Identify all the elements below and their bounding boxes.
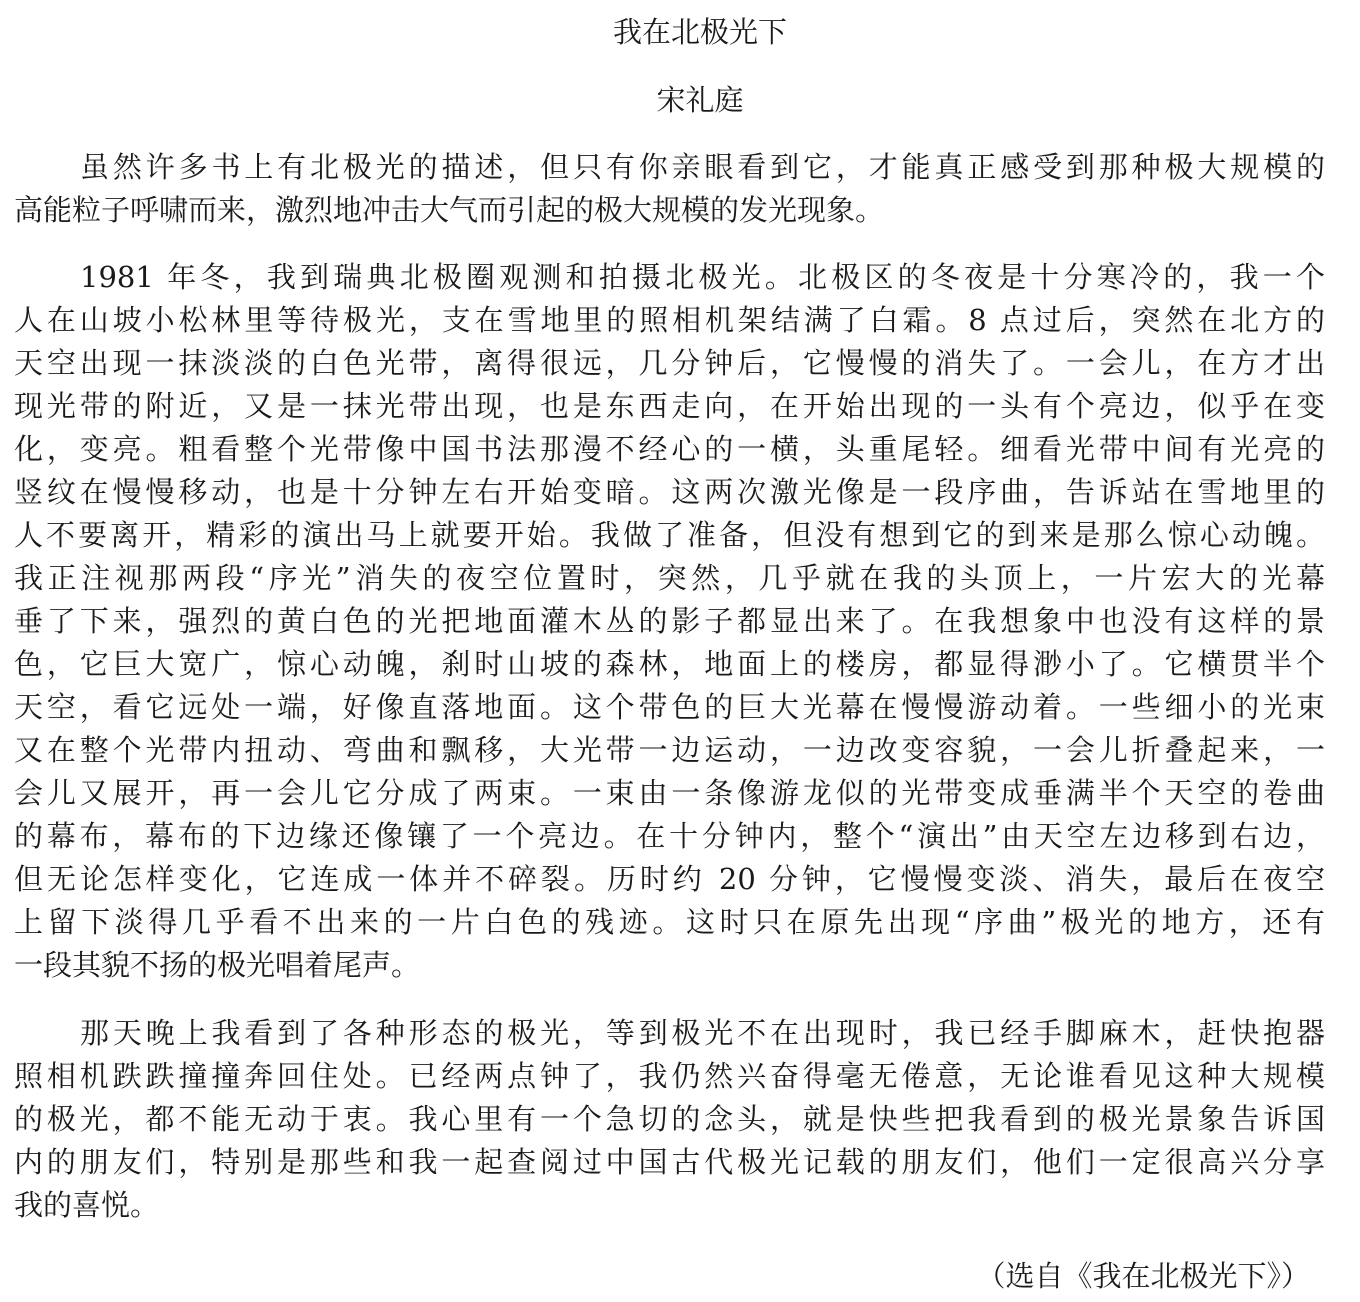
paragraph-line: 上留下淡得几乎看不出来的一片白色的残迹。这时只在原先出现“序曲”极光的地方，还有: [14, 901, 1325, 944]
paragraph-line: 高能粒子呼啸而来，激烈地冲击大气而引起的极大规模的发光现象。: [14, 189, 1325, 232]
paragraph-line: 照相机跌跌撞撞奔回住处。已经两点钟了，我仍然兴奋得毫无倦意，无论谁看见这种大规模: [14, 1055, 1325, 1098]
paragraph-line: 的幕布，幕布的下边缘还像镶了一个亮边。在十分钟内，整个“演出”由天空左边移到右边…: [14, 815, 1325, 858]
paragraph-2: 1981 年冬，我到瑞典北极圈观测和拍摄北极光。北极区的冬夜是十分寒冷的，我一个…: [14, 256, 1334, 987]
paragraph-line: 那天晚上我看到了各种形态的极光，等到极光不在出现时，我已经手脚麻木，赶快抱器: [14, 1012, 1325, 1055]
paragraph-line: 的极光，都不能无动于衷。我心里有一个急切的念头，就是快些把我看到的极光景象告诉国: [14, 1098, 1325, 1141]
paragraph-line: 我正注视那两段“序光”消失的夜空位置时，突然，几乎就在我的头顶上，一片宏大的光幕: [14, 557, 1325, 600]
document-author: 宋礼庭: [0, 80, 1360, 120]
document-page: 我在北极光下 宋礼庭 虽然许多书上有北极光的描述，但只有你亲眼看到它，才能真正感…: [0, 0, 1360, 1302]
paragraph-line: 一段其貌不扬的极光唱着尾声。: [14, 944, 1325, 987]
paragraph-line: 化，变亮。粗看整个光带像中国书法那漫不经心的一横，头重尾轻。细看光带中间有光亮的: [14, 428, 1325, 471]
paragraph-line: 内的朋友们，特别是那些和我一起查阅过中国古代极光记载的朋友们，他们一定很高兴分享: [14, 1141, 1325, 1184]
paragraph-line: 天空出现一抹淡淡的白色光带，离得很远，几分钟后，它慢慢的消失了。一会儿，在方才出: [14, 342, 1325, 385]
paragraph-line: 色，它巨大宽广，惊心动魄，刹时山坡的森林，地面上的楼房，都显得渺小了。它横贯半个: [14, 643, 1325, 686]
paragraph-line: 垂了下来，强烈的黄白色的光把地面灌木丛的影子都显出来了。在我想象中也没有这样的景: [14, 600, 1325, 643]
paragraph-line: 会儿又展开，再一会儿它分成了两束。一束由一条像游龙似的光带变成垂满半个天空的卷曲: [14, 772, 1325, 815]
source-citation: （选自《我在北极光下》）: [976, 1255, 1310, 1298]
paragraph-line: 但无论怎样变化，它连成一体并不碎裂。历时约 20 分钟，它慢慢变淡、消失，最后在…: [14, 858, 1325, 901]
document-title: 我在北极光下: [0, 12, 1360, 52]
paragraph-line: 竖纹在慢慢移动，也是十分钟左右开始变暗。这两次激光像是一段序曲，告诉站在雪地里的: [14, 471, 1325, 514]
paragraph-line: 现光带的附近，又是一抹光带出现，也是东西走向，在开始出现的一头有个亮边，似乎在变: [14, 385, 1325, 428]
paragraph-line: 我的喜悦。: [14, 1184, 1325, 1227]
paragraph-line: 又在整个光带内扭动、弯曲和飘移，大光带一边运动，一边改变容貌，一会儿折叠起来，一: [14, 729, 1325, 772]
paragraph-line: 1981 年冬，我到瑞典北极圈观测和拍摄北极光。北极区的冬夜是十分寒冷的，我一个: [14, 256, 1325, 299]
paragraph-line: 人不要离开，精彩的演出马上就要开始。我做了准备，但没有想到它的到来是那么惊心动魄…: [14, 514, 1325, 557]
paragraph-line: 人在山坡小松林里等待极光，支在雪地里的照相机架结满了白霜。8 点过后，突然在北方…: [14, 299, 1325, 342]
paragraph-line: 虽然许多书上有北极光的描述，但只有你亲眼看到它，才能真正感受到那种极大规模的: [14, 146, 1325, 189]
paragraph-line: 天空，看它远处一端，好像直落地面。这个带色的巨大光幕在慢慢游动着。一些细小的光束: [14, 686, 1325, 729]
paragraph-1: 虽然许多书上有北极光的描述，但只有你亲眼看到它，才能真正感受到那种极大规模的 高…: [14, 146, 1334, 232]
paragraph-3: 那天晚上我看到了各种形态的极光，等到极光不在出现时，我已经手脚麻木，赶快抱器 照…: [14, 1012, 1334, 1227]
